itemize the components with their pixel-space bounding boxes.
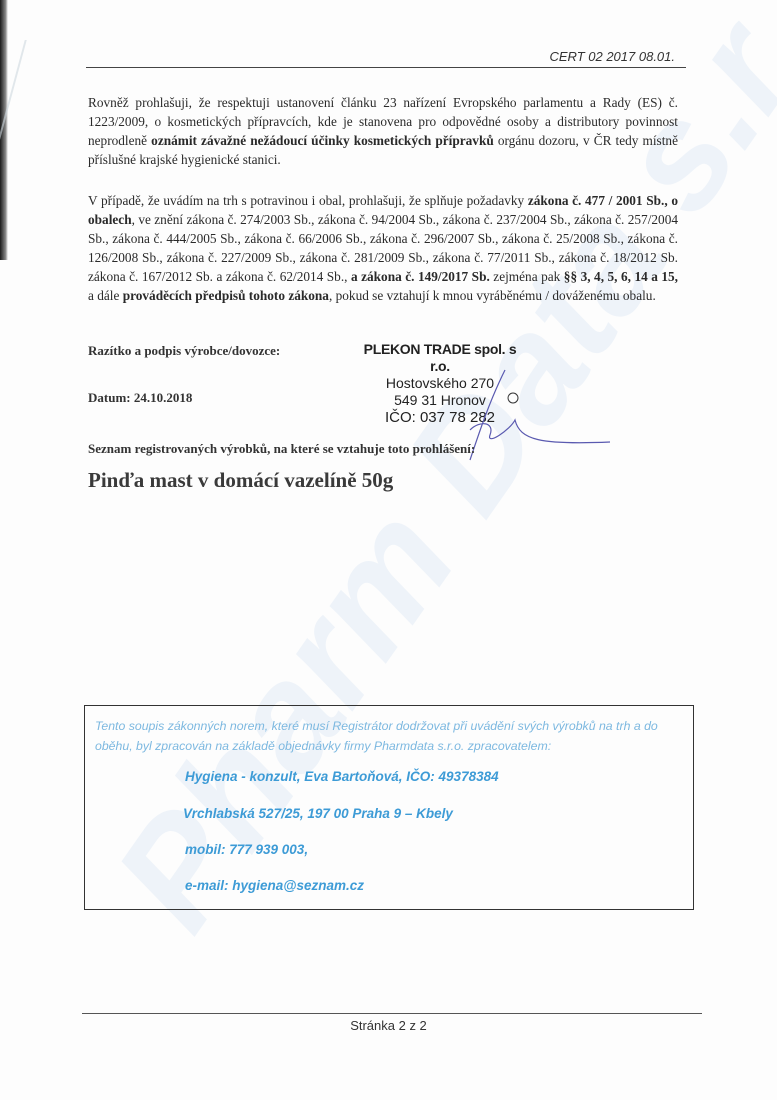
product-item: Pinďa mast v domácí vazelíně 50g: [88, 468, 393, 493]
infobox-company: Hygiena - konzult, Eva Bartoňová, IČO: 4…: [185, 769, 499, 784]
infobox-address: Vrchlabská 527/25, 197 00 Praha 9 – Kbel…: [183, 806, 453, 821]
infobox-email: e-mail: hygiena@seznam.cz: [185, 878, 364, 893]
document-reference: CERT 02 2017 08.01.: [549, 49, 675, 64]
infobox-intro: Tento soupis zákonných norem, které musí…: [95, 716, 690, 756]
processor-info-box: Tento soupis zákonných norem, které musí…: [84, 705, 694, 910]
paragraph-packaging-law: V případě, že uvádím na trh s potravinou…: [88, 191, 678, 305]
header-divider: [86, 67, 686, 68]
product-list-label: Seznam registrovaných výrobků, na které …: [88, 441, 475, 457]
date-label: Datum: 24.10.2018: [88, 390, 192, 406]
paragraph-cosmetics-regulation: Rovněž prohlašuji, že respektuji ustanov…: [88, 93, 678, 169]
scan-artifact: [0, 40, 67, 180]
signature-label: Razítko a podpis výrobce/dovozce:: [88, 343, 280, 359]
infobox-mobile: mobil: 777 939 003,: [185, 842, 308, 857]
page-number: Stránka 2 z 2: [0, 1018, 777, 1033]
footer-divider: [82, 1013, 702, 1014]
